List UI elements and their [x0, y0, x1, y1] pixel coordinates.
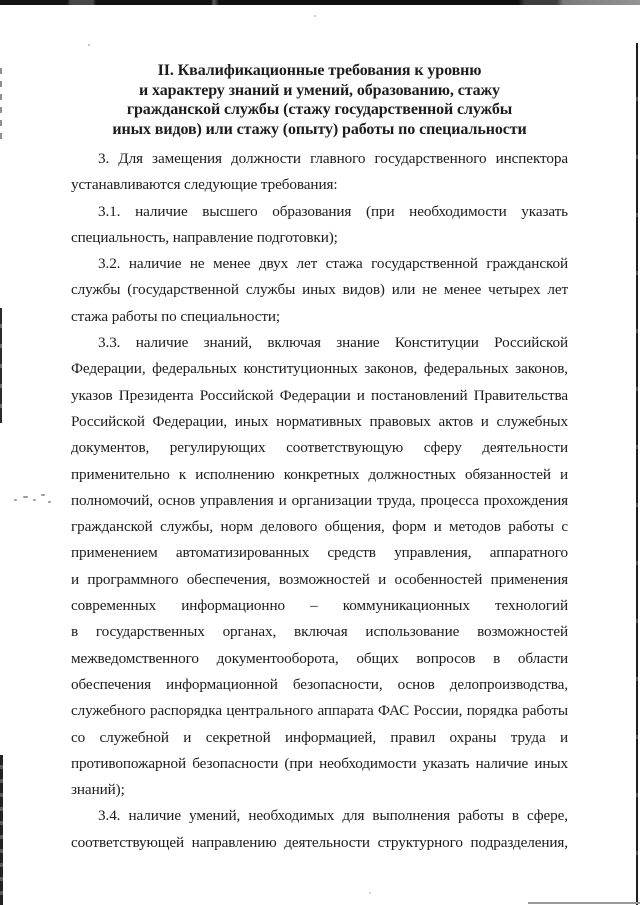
- text-line: устанавливаются следующие требования:: [71, 172, 568, 198]
- paragraph: 3. Для замещения должности главного госу…: [71, 146, 568, 199]
- title-line: II. Квалификационные требования к уровню: [71, 61, 568, 81]
- document-body: 3. Для замещения должности главного госу…: [71, 146, 568, 856]
- text-line: обеспечения информационной безопасности,…: [71, 672, 568, 698]
- title-line: иных видов) или стажу (опыту) работы по …: [71, 120, 568, 140]
- scan-right-edge-artifact: [636, 43, 638, 905]
- title-line: и характеру знаний и умений, образованию…: [71, 81, 568, 101]
- scan-left-edge-artifact: [0, 68, 2, 146]
- text-line: межведомственного документооборота, общи…: [71, 646, 568, 672]
- scanned-document-page: II. Квалификационные требования к уровню…: [0, 0, 640, 905]
- scan-bottom-edge-artifact: [528, 902, 640, 904]
- text-line: в государственных органах, включая испол…: [71, 619, 568, 645]
- document-title: II. Квалификационные требования к уровню…: [71, 61, 568, 140]
- text-line: документов, регулирующих соответствующую…: [71, 435, 568, 461]
- text-line: 3.1. наличие высшего образования (при не…: [71, 199, 568, 225]
- text-line: полномочий, основ управления и организац…: [71, 488, 568, 514]
- text-line: знаний);: [71, 777, 568, 803]
- text-line: противопожарной безопасности (при необхо…: [71, 751, 568, 777]
- paragraph: 3.1. наличие высшего образования (при не…: [71, 199, 568, 252]
- scan-speck: [48, 501, 51, 503]
- scan-speck: [369, 892, 371, 894]
- text-line: служебного распорядка центрального аппар…: [71, 698, 568, 724]
- scan-speck: [314, 15, 316, 17]
- scan-left-edge-artifact: [0, 755, 3, 905]
- text-line: 3.3. наличие знаний, включая знание Конс…: [71, 330, 568, 356]
- text-line: применением автоматизированных средств у…: [71, 540, 568, 566]
- scan-top-edge-artifact: [0, 0, 640, 5]
- text-line: службы (государственной службы иных видо…: [71, 277, 568, 303]
- paragraph: 3.4. наличие умений, необходимых для вып…: [71, 803, 568, 856]
- scan-speck: [41, 494, 45, 496]
- text-line: соответствующей направлению деятельности…: [71, 830, 568, 856]
- text-line: 3.2. наличие не менее двух лет стажа гос…: [71, 251, 568, 277]
- text-line: и программного обеспечения, возможностей…: [71, 567, 568, 593]
- scan-speck: [33, 499, 36, 501]
- text-line: применительно к исполнению конкретных до…: [71, 462, 568, 488]
- paragraph: 3.3. наличие знаний, включая знание Конс…: [71, 330, 568, 803]
- text-line: гражданской службы, норм делового общени…: [71, 514, 568, 540]
- scan-speck: [23, 496, 28, 498]
- scan-speck: [88, 44, 90, 46]
- text-line: 3. Для замещения должности главного госу…: [71, 146, 568, 172]
- text-line: со служебной и секретной информацией, пр…: [71, 725, 568, 751]
- text-line: специальность, направление подготовки);: [71, 225, 568, 251]
- paragraph: 3.2. наличие не менее двух лет стажа гос…: [71, 251, 568, 330]
- text-line: стажа работы по специальности;: [71, 304, 568, 330]
- text-line: указов Президента Российской Федерации и…: [71, 383, 568, 409]
- text-line: современных информационно – коммуникацио…: [71, 593, 568, 619]
- text-line: Российской Федерации, иных нормативных п…: [71, 409, 568, 435]
- scan-left-edge-artifact: [0, 308, 2, 423]
- text-line: Федерации, федеральных конституционных з…: [71, 356, 568, 382]
- text-line: 3.4. наличие умений, необходимых для вып…: [71, 803, 568, 829]
- scan-speck: [14, 499, 17, 501]
- title-line: гражданской службы (стажу государственно…: [71, 100, 568, 120]
